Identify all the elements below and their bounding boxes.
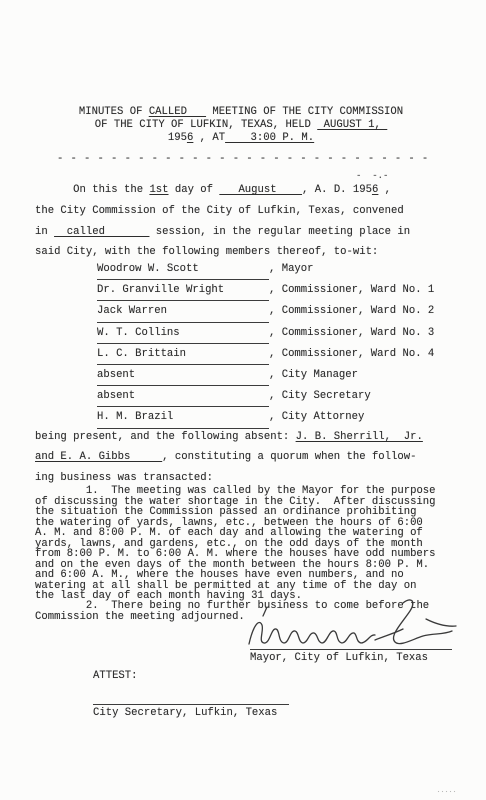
scan-artifact: ..... — [437, 788, 457, 794]
member-row: Woodrow W. Scott, Mayor — [97, 259, 434, 280]
members-list: Woodrow W. Scott, Mayor Dr. Granville Wr… — [97, 259, 434, 429]
mayor-signature — [243, 598, 458, 656]
member-name-field: Jack Warren — [97, 301, 269, 322]
body-text: session, in the regular meeting place in — [149, 226, 410, 238]
member-name-field: Dr. Granville Wright — [97, 280, 269, 301]
title-line-1: MINUTES OF CALLED MEETING OF THE CITY CO… — [58, 106, 424, 119]
minute-item-1: 1. The meeting was called by the Mayor f… — [35, 486, 459, 602]
filled-blank-absent-name: J. B. Sherrill, Jr. — [296, 431, 423, 443]
mayor-signature-caption: Mayor, City of Lufkin, Texas — [250, 649, 452, 664]
separator: , — [269, 327, 282, 339]
member-title: City Secretary — [282, 390, 371, 402]
body-text: in — [35, 226, 54, 238]
opening-line-2: the City Commission of the City of Lufki… — [35, 201, 455, 222]
member-row: Dr. Granville Wright, Commissioner, Ward… — [97, 280, 434, 301]
member-row: absent, City Manager — [97, 365, 434, 386]
caption-text: Mayor, City of Lufkin, Texas — [250, 652, 428, 664]
member-row: absent, City Secretary — [97, 386, 434, 407]
attest-label: ATTEST: — [93, 670, 138, 682]
body-text: On this the — [35, 184, 149, 196]
quorum-paragraph: being present, and the following absent:… — [35, 427, 455, 488]
member-title: City Manager — [282, 369, 358, 381]
body-text: , constituting a quorum when the follow- — [162, 451, 416, 463]
separator: , — [269, 305, 282, 317]
member-name-field: L. C. Brittain — [97, 344, 269, 365]
member-row: L. C. Brittain, Commissioner, Ward No. 4 — [97, 344, 434, 365]
opening-line-1: On this the 1st day of August , A. D. 19… — [35, 180, 455, 201]
member-name-field: W. T. Collins — [97, 323, 269, 344]
separator: , — [269, 411, 282, 423]
member-title: Commissioner, Ward No. 2 — [282, 305, 435, 317]
body-text: , A. D. 195 — [302, 184, 372, 196]
member-name-field: absent — [97, 386, 269, 407]
member-name-field: absent — [97, 365, 269, 386]
separator: , — [269, 390, 282, 402]
member-title: Commissioner, Ward No. 4 — [282, 348, 435, 360]
filled-blank-time: 3:00 P. M. — [225, 132, 314, 144]
body-text: day of — [169, 184, 220, 196]
opening-paragraph: On this the 1st day of August , A. D. 19… — [35, 180, 455, 263]
document-title: MINUTES OF CALLED MEETING OF THE CITY CO… — [58, 106, 424, 146]
member-row: H. M. Brazil, City Attorney — [97, 407, 434, 428]
member-title: Mayor — [282, 263, 314, 275]
quorum-line-2: and E. A. Gibbs , constituting a quorum … — [35, 447, 455, 467]
separator: , — [269, 284, 282, 296]
member-row: Jack Warren, Commissioner, Ward No. 2 — [97, 301, 434, 322]
separator: , — [269, 369, 282, 381]
member-name-field: Woodrow W. Scott — [97, 259, 269, 280]
secretary-signature-caption: City Secretary, Lufkin, Texas — [93, 704, 289, 719]
document-page: MINUTES OF CALLED MEETING OF THE CITY CO… — [0, 0, 486, 800]
title-text: , AT — [193, 132, 225, 144]
member-row: W. T. Collins, Commissioner, Ward No. 3 — [97, 323, 434, 344]
title-text: OF THE CITY OF LUFKIN, TEXAS, HELD — [95, 119, 318, 131]
filled-blank-absent-name: and E. A. Gibbs — [35, 451, 162, 463]
member-name-field: H. M. Brazil — [97, 407, 269, 428]
quorum-line-1: being present, and the following absent:… — [35, 427, 455, 447]
filled-blank-session-type: called — [54, 226, 149, 238]
title-text: MEETING OF THE CITY COMMISSION — [206, 106, 403, 118]
title-text: 195 — [168, 132, 187, 144]
caption-text: City Secretary, Lufkin, Texas — [93, 707, 277, 719]
member-title: Commissioner, Ward No. 3 — [282, 327, 435, 339]
filled-blank-date: AUGUST 1, — [317, 119, 387, 131]
filled-blank-month: August — [219, 184, 302, 196]
filled-blank-day: 1st — [149, 184, 168, 196]
opening-line-3: in called session, in the regular meetin… — [35, 222, 455, 243]
filled-blank-meeting-type: CALLED — [149, 106, 206, 118]
title-line-3: 1956 , AT 3:00 P. M. — [58, 132, 424, 145]
member-title: City Attorney — [282, 411, 365, 423]
separator: , — [269, 263, 282, 275]
body-text: being present, and the following absent: — [35, 431, 296, 443]
title-line-2: OF THE CITY OF LUFKIN, TEXAS, HELD AUGUS… — [58, 119, 424, 132]
member-title: Commissioner, Ward No. 1 — [282, 284, 435, 296]
body-text: , — [378, 184, 391, 196]
divider-dashed-line: - - - - - - - - - - - - - - - - - - - - … — [57, 153, 429, 165]
separator: , — [269, 348, 282, 360]
title-text: MINUTES OF — [79, 106, 149, 118]
